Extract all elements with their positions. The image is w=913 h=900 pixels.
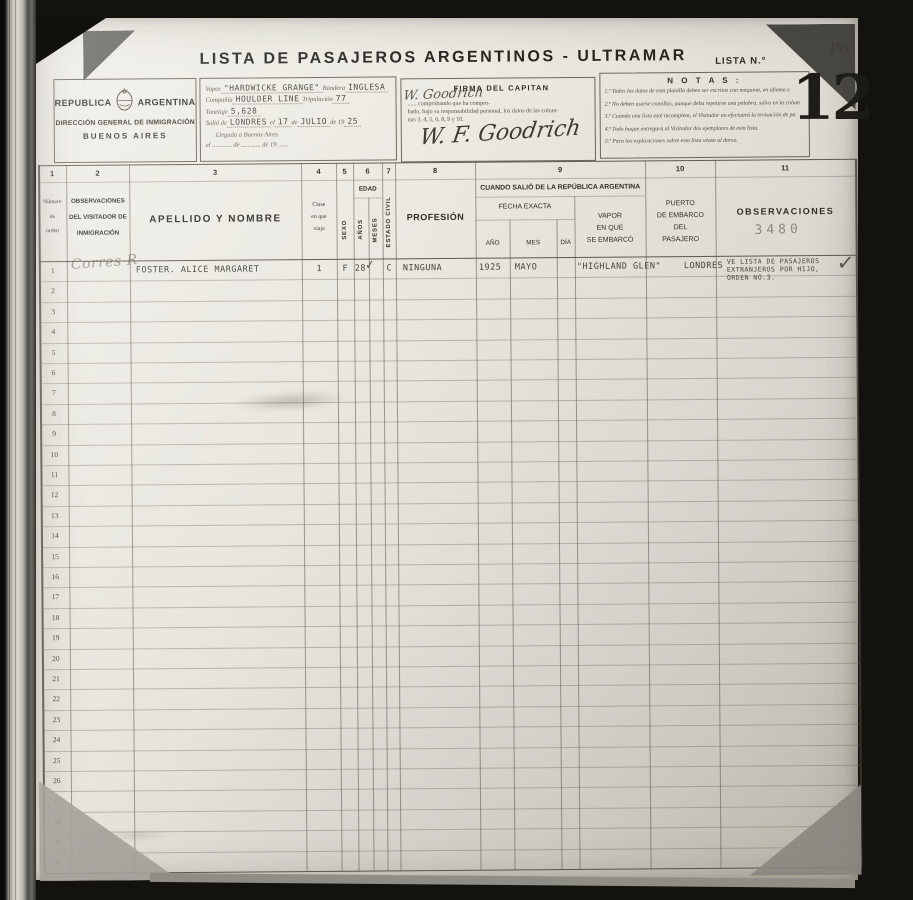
observaciones-number-stamp: 3480 xyxy=(754,222,802,238)
table-row-line xyxy=(41,540,858,547)
captain-statement-2: bado, bajo su responsabilidad personal, … xyxy=(408,108,590,115)
table-row-line xyxy=(475,195,645,197)
header-profesion: PROFESIÓN xyxy=(395,212,475,223)
header-ano: AÑO xyxy=(476,240,510,247)
row-number: 19 xyxy=(42,633,70,642)
table-column-line xyxy=(129,164,136,872)
tripulacion-label: Tripulación xyxy=(302,96,332,103)
table-row-line xyxy=(475,219,574,221)
row1-vapor-embarco: "HIGHLAND GLEN" xyxy=(577,261,661,272)
column-number: 11 xyxy=(770,163,800,172)
office-department: DIRECCIÓN GENERAL DE INMIGRACIÓN xyxy=(55,119,196,127)
handwritten-lista-number: Po xyxy=(828,38,849,58)
table-row-line xyxy=(40,418,857,425)
captain-signature-box: FIRMA DEL CAPITAN W. Goodrich ...... com… xyxy=(400,77,596,163)
table-row-line xyxy=(43,806,860,813)
vapor-label: Vapor xyxy=(205,85,221,92)
compania-label: Compañía xyxy=(205,97,232,104)
row-number: 8 xyxy=(40,409,68,418)
row-number: 24 xyxy=(43,735,71,744)
table-row-line xyxy=(40,377,857,384)
row-number: 14 xyxy=(41,531,69,540)
page-number-stamp: 12 xyxy=(791,61,871,134)
header-numero-orden: Número de orden xyxy=(38,200,66,235)
row1-profesion: NINGUNA xyxy=(403,263,442,273)
row-number: 6 xyxy=(40,368,68,377)
table-row-line xyxy=(41,479,858,486)
table-row-line xyxy=(42,642,859,649)
table-row-line xyxy=(43,744,860,751)
column-number: 7 xyxy=(374,166,404,175)
row1-clase: 1 xyxy=(302,264,337,274)
salio-mes-value: JULIO xyxy=(297,117,330,127)
row1-visitador-handwritten-note: Corres R xyxy=(70,252,138,273)
table-column-line xyxy=(395,162,402,870)
table-row-line xyxy=(42,602,859,609)
scanned-document: LISTA DE PASAJEROS ARGENTINOS - ULTRAMAR… xyxy=(0,0,913,900)
salio-label: Salió de xyxy=(206,120,227,127)
row-number: 22 xyxy=(42,694,70,703)
table-row-line xyxy=(353,198,382,199)
row-number: 4 xyxy=(39,327,67,336)
row-number: 16 xyxy=(41,572,69,581)
column-number: 10 xyxy=(665,164,695,173)
bandera-label: Bandera xyxy=(323,84,345,91)
llegada-label: Llegada a Buenos Aires xyxy=(216,131,278,138)
row-number: 28 xyxy=(43,817,71,826)
compania-value: HOULDER LINE xyxy=(233,94,303,105)
row-number: 12 xyxy=(41,490,69,499)
table-row-line xyxy=(41,581,858,588)
row-number: 1 xyxy=(39,266,67,275)
table-row-line xyxy=(39,336,856,343)
header-puerto-embarco: PUERTO DE EMBARCO DEL PASAJERO xyxy=(645,200,715,244)
column-number: 8 xyxy=(420,166,450,175)
table-row-line xyxy=(39,316,856,323)
table-row-line xyxy=(40,459,857,466)
header-mes: MES xyxy=(510,239,557,246)
row1-apellido-nombre: FOSTER. ALICE MARGARET xyxy=(136,264,260,275)
office-city: BUENOS AIRES xyxy=(55,131,196,141)
book-binding xyxy=(0,0,36,900)
header-sexo: SEXO xyxy=(336,205,353,255)
table-row-line xyxy=(40,357,857,364)
table-column-line xyxy=(509,219,515,869)
ship-info-box: Vapor "HARDWICKE GRANGE" Bandera INGLESA… xyxy=(199,76,397,162)
row1-estado-civil: C xyxy=(383,263,396,273)
note-item: 1.ª Todos los datos de esta planilla deb… xyxy=(604,84,804,98)
llegada-sub: el ............ de ............ de 19 ..… xyxy=(206,141,288,149)
table-row-line xyxy=(41,500,858,507)
page-title: LISTA DE PASAJEROS ARGENTINOS - ULTRAMAR xyxy=(193,47,693,69)
header-vapor-embarco: VAPOR EN QUE SE EMBARCÓ xyxy=(574,212,645,244)
note-item: 3.ª Cuando una lista esté incompleta, el… xyxy=(605,109,805,123)
header-edad-anos: AÑOS xyxy=(353,205,368,255)
column-number: 3 xyxy=(200,168,230,177)
row-number: 15 xyxy=(41,552,69,561)
table-row-line xyxy=(41,561,858,568)
row-number: 21 xyxy=(42,674,70,683)
passenger-table: Número de orden OBSERVACIONES DEL VISITA… xyxy=(38,159,862,874)
row-number: 10 xyxy=(40,450,68,459)
lista-number-label: LISTA N.° xyxy=(715,55,766,66)
table-row-line xyxy=(42,622,859,629)
header-dia: DÍA xyxy=(557,239,575,246)
row-number: 23 xyxy=(42,715,70,724)
tonelaje-value: 5,628 xyxy=(228,106,261,116)
salio-value: LONDRES xyxy=(227,117,270,127)
row-number: 2 xyxy=(39,286,67,295)
office-name-left: REPUBLICA xyxy=(54,97,111,107)
row-number: 7 xyxy=(40,388,68,397)
note-item: 5.ª Para las explicaciones sobre esta li… xyxy=(605,135,805,149)
header-estado-civil: ESTADO CIVIL xyxy=(382,188,396,254)
page-content: LISTA DE PASAJEROS ARGENTINOS - ULTRAMAR… xyxy=(33,15,862,883)
corner-shadow-top-left xyxy=(83,30,135,80)
table-row-line xyxy=(42,663,859,670)
row-number: 5 xyxy=(39,348,67,357)
salio-dia-value: 17 xyxy=(275,117,292,127)
table-row-line xyxy=(43,846,860,853)
table-column-line xyxy=(556,219,562,869)
row-number: 27 xyxy=(43,796,71,805)
header-fecha-exacta: FECHA EXACTA xyxy=(475,203,574,211)
vapor-value: "HARDWICKE GRANGE" xyxy=(221,82,323,93)
table-row-line xyxy=(42,724,859,731)
header-edad: EDAD xyxy=(353,186,382,193)
header-cuando-salio: CUANDO SALIÓ DE LA REPÚBLICA ARGENTINA xyxy=(475,183,645,191)
table-row-line xyxy=(38,176,855,183)
column-number: 2 xyxy=(83,169,113,178)
table-row-line xyxy=(40,398,857,405)
salio-anio-value: 25 xyxy=(344,117,361,127)
table-row-line xyxy=(40,438,857,445)
row1-salio-mes: MAYO xyxy=(515,262,538,272)
row-number: 17 xyxy=(41,592,69,601)
row1-salio-ano: 1925 xyxy=(479,263,502,273)
immigration-office-stamp: REPUBLICA ARGENTINA xyxy=(53,78,197,163)
column-number: 1 xyxy=(37,169,67,178)
header-observaciones: OBSERVACIONES xyxy=(715,206,855,217)
table-row-line xyxy=(41,520,858,527)
table-row-line xyxy=(39,296,856,303)
row-number: 18 xyxy=(42,613,70,622)
table-row-line xyxy=(43,785,860,792)
column-number: 9 xyxy=(545,165,575,174)
paper-sheet: LISTA DE PASAJEROS ARGENTINOS - ULTRAMAR… xyxy=(36,18,858,880)
office-name-right: ARGENTINA xyxy=(138,96,196,106)
header-apellido-nombre: APELLIDO Y NOMBRE xyxy=(129,213,301,225)
row-number: 26 xyxy=(43,776,71,785)
notes-box: N O T A S : 1.ª Todos los datos de esta … xyxy=(599,71,810,159)
row-number: 11 xyxy=(40,470,68,479)
captain-statement-1: ...... comprobando que ha compro- xyxy=(408,100,590,107)
bandera-value: INGLESA xyxy=(345,82,388,92)
tonelaje-label: Tonelaje xyxy=(206,108,228,115)
coat-of-arms-icon xyxy=(115,87,133,116)
table-row-line xyxy=(42,683,859,690)
row-number: 20 xyxy=(42,654,70,663)
header-edad-meses: MESES xyxy=(368,205,382,255)
tripulacion-value: 77 xyxy=(333,94,350,104)
table-row-line xyxy=(43,765,860,772)
row1-puerto-embarco: LONDRES xyxy=(684,261,723,271)
table-column-line xyxy=(855,159,863,867)
row-number: 25 xyxy=(43,756,71,765)
row1-observaciones: VE LISTA DE PASAJEROS EXTRANJEROS POR HI… xyxy=(727,257,820,282)
de19-label: de 19 xyxy=(330,119,344,126)
table-row-line xyxy=(42,704,859,711)
row-number: 30 xyxy=(43,858,71,867)
header-observaciones-visitador: OBSERVACIONES DEL VISITADOR DE INMIGRACI… xyxy=(66,198,129,237)
header-clase: Clase en que viaja xyxy=(301,203,336,233)
row-number: 9 xyxy=(40,429,68,438)
row-number: 13 xyxy=(41,511,69,520)
row-number: 29 xyxy=(43,837,71,846)
row-number: 3 xyxy=(39,307,67,316)
